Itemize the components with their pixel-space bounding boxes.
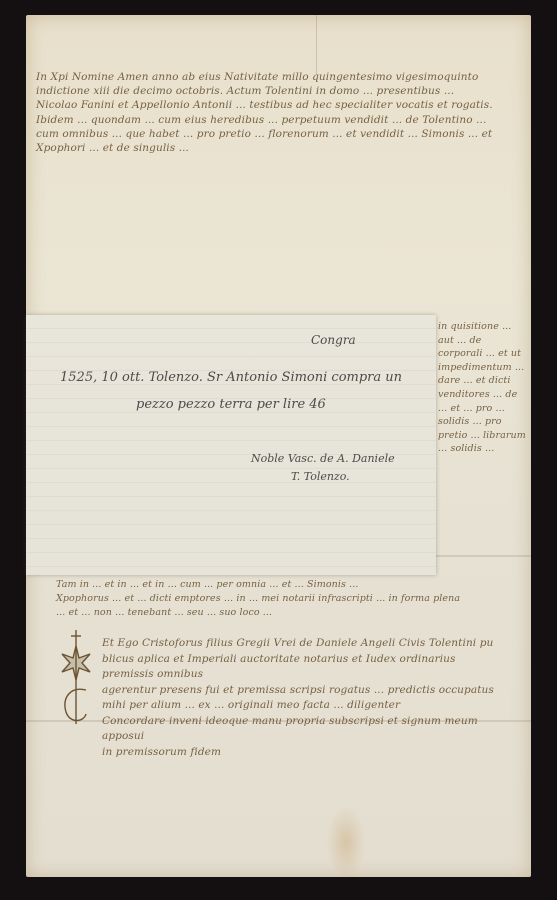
water-stain [326,805,366,880]
slip-lines [26,315,436,575]
notary-line: blicus aplica et Imperiali auctoritate n… [102,652,502,683]
notary-line: agerentur presens fui et premissa scrips… [102,683,502,699]
bottom-line: Xpophorus ... et ... dicti emptores ... … [56,592,506,606]
bottom-text: Tam in ... et in ... et in ... cum ... p… [56,578,506,620]
bottom-line: Tam in ... et in ... et in ... cum ... p… [56,578,506,592]
notary-signum-icon [52,628,100,728]
archival-slip: Congra 1525, 10 ott. Tolenzo. Sr Antonio… [26,315,436,575]
notary-line: Et Ego Cristoforus filius Gregii Vrei de… [102,636,502,652]
notary-line: Concordare inveni ideoque manu propria s… [102,714,502,745]
slip-line-2: pezzo pezzo terra per lire 46 [136,397,326,412]
bottom-line: ... et ... non ... tenebant ... seu ... … [56,606,506,620]
slip-signature-2: T. Tolenzo. [291,470,350,483]
fold-crease [316,15,317,75]
main-text: In Xpi Nomine Amen anno ab eius Nativita… [36,70,496,155]
slip-signature-1: Noble Vasc. de A. Daniele [251,452,395,465]
notarial-subscription: Et Ego Cristoforus filius Gregii Vrei de… [102,636,502,760]
notary-line: mihi per alium ... ex ... originali meo … [102,698,502,714]
right-column-text: in quisitione ... aut ... de corporali .… [438,320,528,456]
slip-line-1: 1525, 10 ott. Tolenzo. Sr Antonio Simoni… [60,370,402,385]
notary-line: in premissorum fidem [102,745,502,761]
slip-label: Congra [311,333,356,347]
